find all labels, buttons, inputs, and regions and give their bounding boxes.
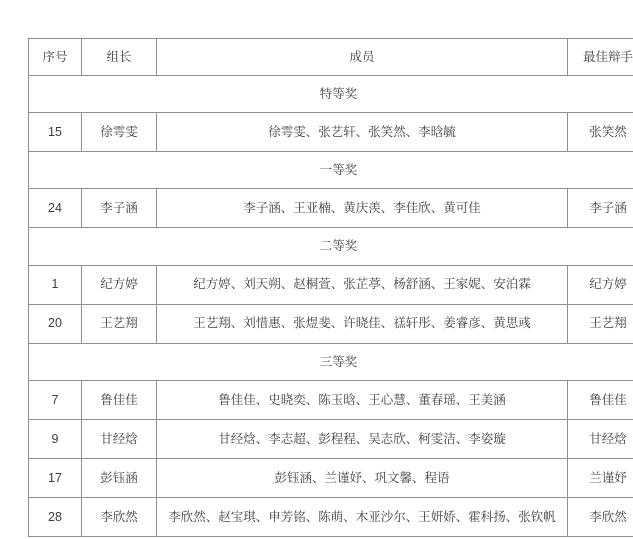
best-debater-cell: 李欣然 (568, 497, 633, 536)
award-section-row: 特等奖 (29, 76, 633, 113)
table-row: 17彭钰涵彭钰涵、兰谨妤、巩文馨、程语兰谨妤 (29, 458, 633, 497)
column-header-members: 成员 (157, 39, 568, 76)
serial-no-cell: 1 (29, 265, 82, 304)
serial-no-cell: 17 (29, 458, 82, 497)
award-section-row: 一等奖 (29, 152, 633, 189)
members-cell: 甘经焓、李志超、彭程程、吴志欣、柯雯洁、李姿璇 (157, 419, 568, 458)
best-debater-cell: 王艺翔 (568, 304, 633, 343)
award-section-label: 一等奖 (29, 152, 633, 189)
best-debater-cell: 甘经焓 (568, 419, 633, 458)
page: 序号 组长 成员 最佳辩手 特等奖15徐雩雯徐雩雯、张艺轩、张笑然、李晗毓张笑然… (0, 0, 633, 539)
members-cell: 王艺翔、刘惜惠、张煜斐、许晓佳、禚轩彤、姜睿彦、黄思彧 (157, 304, 568, 343)
group-leader-cell: 王艺翔 (82, 304, 157, 343)
serial-no-cell: 15 (29, 113, 82, 152)
column-header-best-debater: 最佳辩手 (568, 39, 633, 76)
award-section-label: 二等奖 (29, 228, 633, 265)
award-section-label: 特等奖 (29, 76, 633, 113)
members-cell: 李欣然、赵宝琪、申芳铭、陈萌、木亚沙尔、王妍娇、霍科扬、张钦帆 (157, 497, 568, 536)
serial-no-cell: 28 (29, 497, 82, 536)
best-debater-cell: 李子涵 (568, 189, 633, 228)
table-row: 28李欣然李欣然、赵宝琪、申芳铭、陈萌、木亚沙尔、王妍娇、霍科扬、张钦帆李欣然 (29, 497, 633, 536)
serial-no-cell: 20 (29, 304, 82, 343)
award-section-row: 二等奖 (29, 228, 633, 265)
group-leader-cell: 纪方婷 (82, 265, 157, 304)
table-row: 7鲁佳佳鲁佳佳、史晓奕、陈玉晗、王心慧、董春瑶、王美涵鲁佳佳 (29, 380, 633, 419)
group-leader-cell: 李子涵 (82, 189, 157, 228)
award-section-row: 三等奖 (29, 343, 633, 380)
table-row: 20王艺翔王艺翔、刘惜惠、张煜斐、许晓佳、禚轩彤、姜睿彦、黄思彧王艺翔 (29, 304, 633, 343)
group-leader-cell: 李欣然 (82, 497, 157, 536)
best-debater-cell: 鲁佳佳 (568, 380, 633, 419)
best-debater-cell: 兰谨妤 (568, 458, 633, 497)
serial-no-cell: 7 (29, 380, 82, 419)
table-row: 1纪方婷纪方婷、刘天朔、赵桐萱、张芷葶、杨舒涵、王家妮、安泊霖纪方婷 (29, 265, 633, 304)
group-leader-cell: 徐雩雯 (82, 113, 157, 152)
group-leader-cell: 甘经焓 (82, 419, 157, 458)
table-row: 15徐雩雯徐雩雯、张艺轩、张笑然、李晗毓张笑然 (29, 113, 633, 152)
column-header-group-leader: 组长 (82, 39, 157, 76)
members-cell: 徐雩雯、张艺轩、张笑然、李晗毓 (157, 113, 568, 152)
members-cell: 彭钰涵、兰谨妤、巩文馨、程语 (157, 458, 568, 497)
table-row: 9甘经焓甘经焓、李志超、彭程程、吴志欣、柯雯洁、李姿璇甘经焓 (29, 419, 633, 458)
best-debater-cell: 纪方婷 (568, 265, 633, 304)
column-header-serial-no: 序号 (29, 39, 82, 76)
table-row: 24李子涵李子涵、王亚楠、黄庆羡、李佳欣、黄可佳李子涵 (29, 189, 633, 228)
table-header: 序号 组长 成员 最佳辩手 (29, 39, 633, 76)
members-cell: 纪方婷、刘天朔、赵桐萱、张芷葶、杨舒涵、王家妮、安泊霖 (157, 265, 568, 304)
header-row: 序号 组长 成员 最佳辩手 (29, 39, 633, 76)
group-leader-cell: 鲁佳佳 (82, 380, 157, 419)
group-leader-cell: 彭钰涵 (82, 458, 157, 497)
members-cell: 李子涵、王亚楠、黄庆羡、李佳欣、黄可佳 (157, 189, 568, 228)
best-debater-cell: 张笑然 (568, 113, 633, 152)
award-section-label: 三等奖 (29, 343, 633, 380)
serial-no-cell: 9 (29, 419, 82, 458)
table-body: 特等奖15徐雩雯徐雩雯、张艺轩、张笑然、李晗毓张笑然一等奖24李子涵李子涵、王亚… (29, 76, 633, 537)
serial-no-cell: 24 (29, 189, 82, 228)
debate-awards-table: 序号 组长 成员 最佳辩手 特等奖15徐雩雯徐雩雯、张艺轩、张笑然、李晗毓张笑然… (28, 38, 633, 537)
members-cell: 鲁佳佳、史晓奕、陈玉晗、王心慧、董春瑶、王美涵 (157, 380, 568, 419)
